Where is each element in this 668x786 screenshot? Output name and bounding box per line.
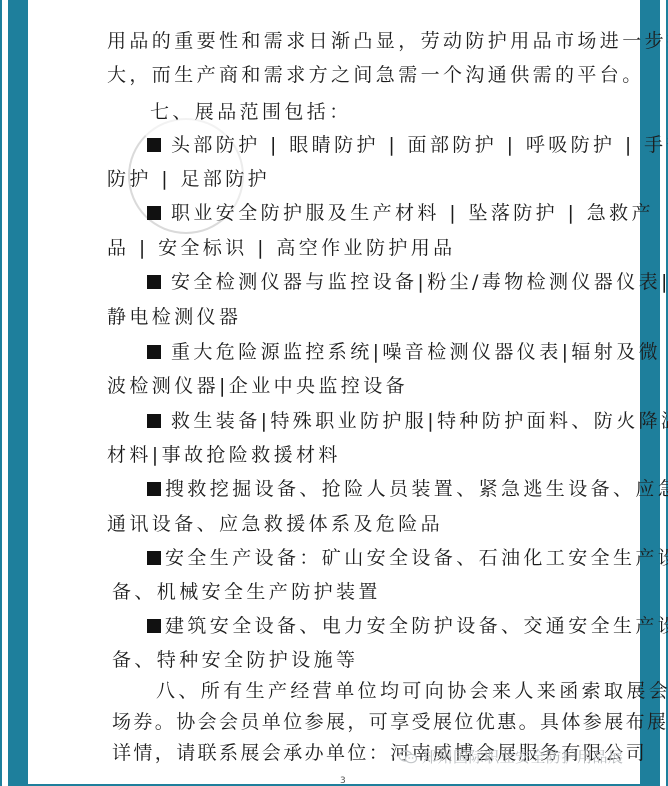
exhibit-item-text: 安全生产设备：矿山安全设备、石油化工安全生产设 xyxy=(165,547,668,569)
exhibit-item-text: 头部防护 | 眼睛防护 | 面部防护 | 呼吸防护 | 手部 xyxy=(171,134,668,156)
exhibit-item-text: 职业安全防护服及生产材料 | 坠落防护 | 急救产 xyxy=(171,202,654,224)
square-bullet-icon xyxy=(147,482,161,496)
exhibit-item-5-cont: 材料|事故抢险救援材料 xyxy=(107,443,341,467)
watermark-text: 郑州国际职业安全防护用品展 xyxy=(422,748,624,766)
square-bullet-icon xyxy=(147,345,161,359)
page-number: 3 xyxy=(340,776,346,786)
section-eight-line: 八、所有生产经营单位均可向协会来人来函索取展会入 xyxy=(156,679,668,703)
paragraph-line: 大，而生产商和需求方之间急需一个沟通供需的平台。 xyxy=(107,63,645,87)
exhibit-item-6-cont: 通讯设备、应急救援体系及危险品 xyxy=(107,512,443,536)
square-bullet-icon xyxy=(147,206,161,220)
exhibit-item-text: 建筑安全设备、电力安全防护设备、交通安全生产设 xyxy=(165,615,668,637)
section-eight-line: 场券。协会会员单位参展，可享受展位优惠。具体参展布展 xyxy=(112,710,668,734)
exhibit-item-3-cont: 静电检测仪器 xyxy=(107,305,241,329)
square-bullet-icon xyxy=(147,414,161,428)
paragraph-line: 用品的重要性和需求日渐凸显，劳动防护用品市场进一步扩 xyxy=(107,29,668,53)
frame-border-right xyxy=(640,0,660,786)
exhibit-item-6: 搜救挖掘设备、抢险人员装置、紧急逃生设备、应急 xyxy=(147,477,668,501)
exhibit-item-7-cont: 备、机械安全生产防护装置 xyxy=(112,580,381,604)
exhibit-item-text: 安全检测仪器与监控设备|粉尘/毒物检测仪器仪表| xyxy=(171,271,668,293)
exhibit-item-4: 重大危险源监控系统|噪音检测仪器仪表|辐射及微 xyxy=(147,340,661,364)
exhibit-item-text: 救生装备|特殊职业防护服|特种防护面料、防火降温 xyxy=(171,410,668,432)
square-bullet-icon xyxy=(147,275,161,289)
watermark: 郑州国际职业安全防护用品展 xyxy=(398,746,624,767)
section-seven-heading: 七、展品范围包括： xyxy=(150,100,352,124)
exhibit-item-text: 搜救挖掘设备、抢险人员装置、紧急逃生设备、应急 xyxy=(165,478,668,500)
exhibit-item-5: 救生装备|特殊职业防护服|特种防护面料、防火降温 xyxy=(147,409,668,433)
square-bullet-icon xyxy=(147,138,161,152)
square-bullet-icon xyxy=(147,619,161,633)
square-bullet-icon xyxy=(147,551,161,565)
exhibit-item-3: 安全检测仪器与监控设备|粉尘/毒物检测仪器仪表| xyxy=(147,270,668,294)
exhibit-item-2: 职业安全防护服及生产材料 | 坠落防护 | 急救产 xyxy=(147,201,654,225)
exhibit-item-1: 头部防护 | 眼睛防护 | 面部防护 | 呼吸防护 | 手部 xyxy=(147,133,668,157)
exhibit-item-8: 建筑安全设备、电力安全防护设备、交通安全生产设 xyxy=(147,614,668,638)
frame-border-left xyxy=(8,0,28,786)
exhibit-item-1-cont: 防护 | 足部防护 xyxy=(107,167,270,191)
exhibit-item-text: 重大危险源监控系统|噪音检测仪器仪表|辐射及微 xyxy=(171,341,661,363)
frame-border-left-outer xyxy=(0,0,2,786)
exhibit-item-2-cont: 品 | 安全标识 | 高空作业防护用品 xyxy=(107,236,456,260)
exhibit-item-4-cont: 波检测仪器|企业中央监控设备 xyxy=(107,374,408,398)
exhibit-item-7: 安全生产设备：矿山安全设备、石油化工安全生产设 xyxy=(147,546,668,570)
exhibit-item-8-cont: 备、特种安全防护设施等 xyxy=(112,648,358,672)
wechat-icon xyxy=(398,750,418,764)
